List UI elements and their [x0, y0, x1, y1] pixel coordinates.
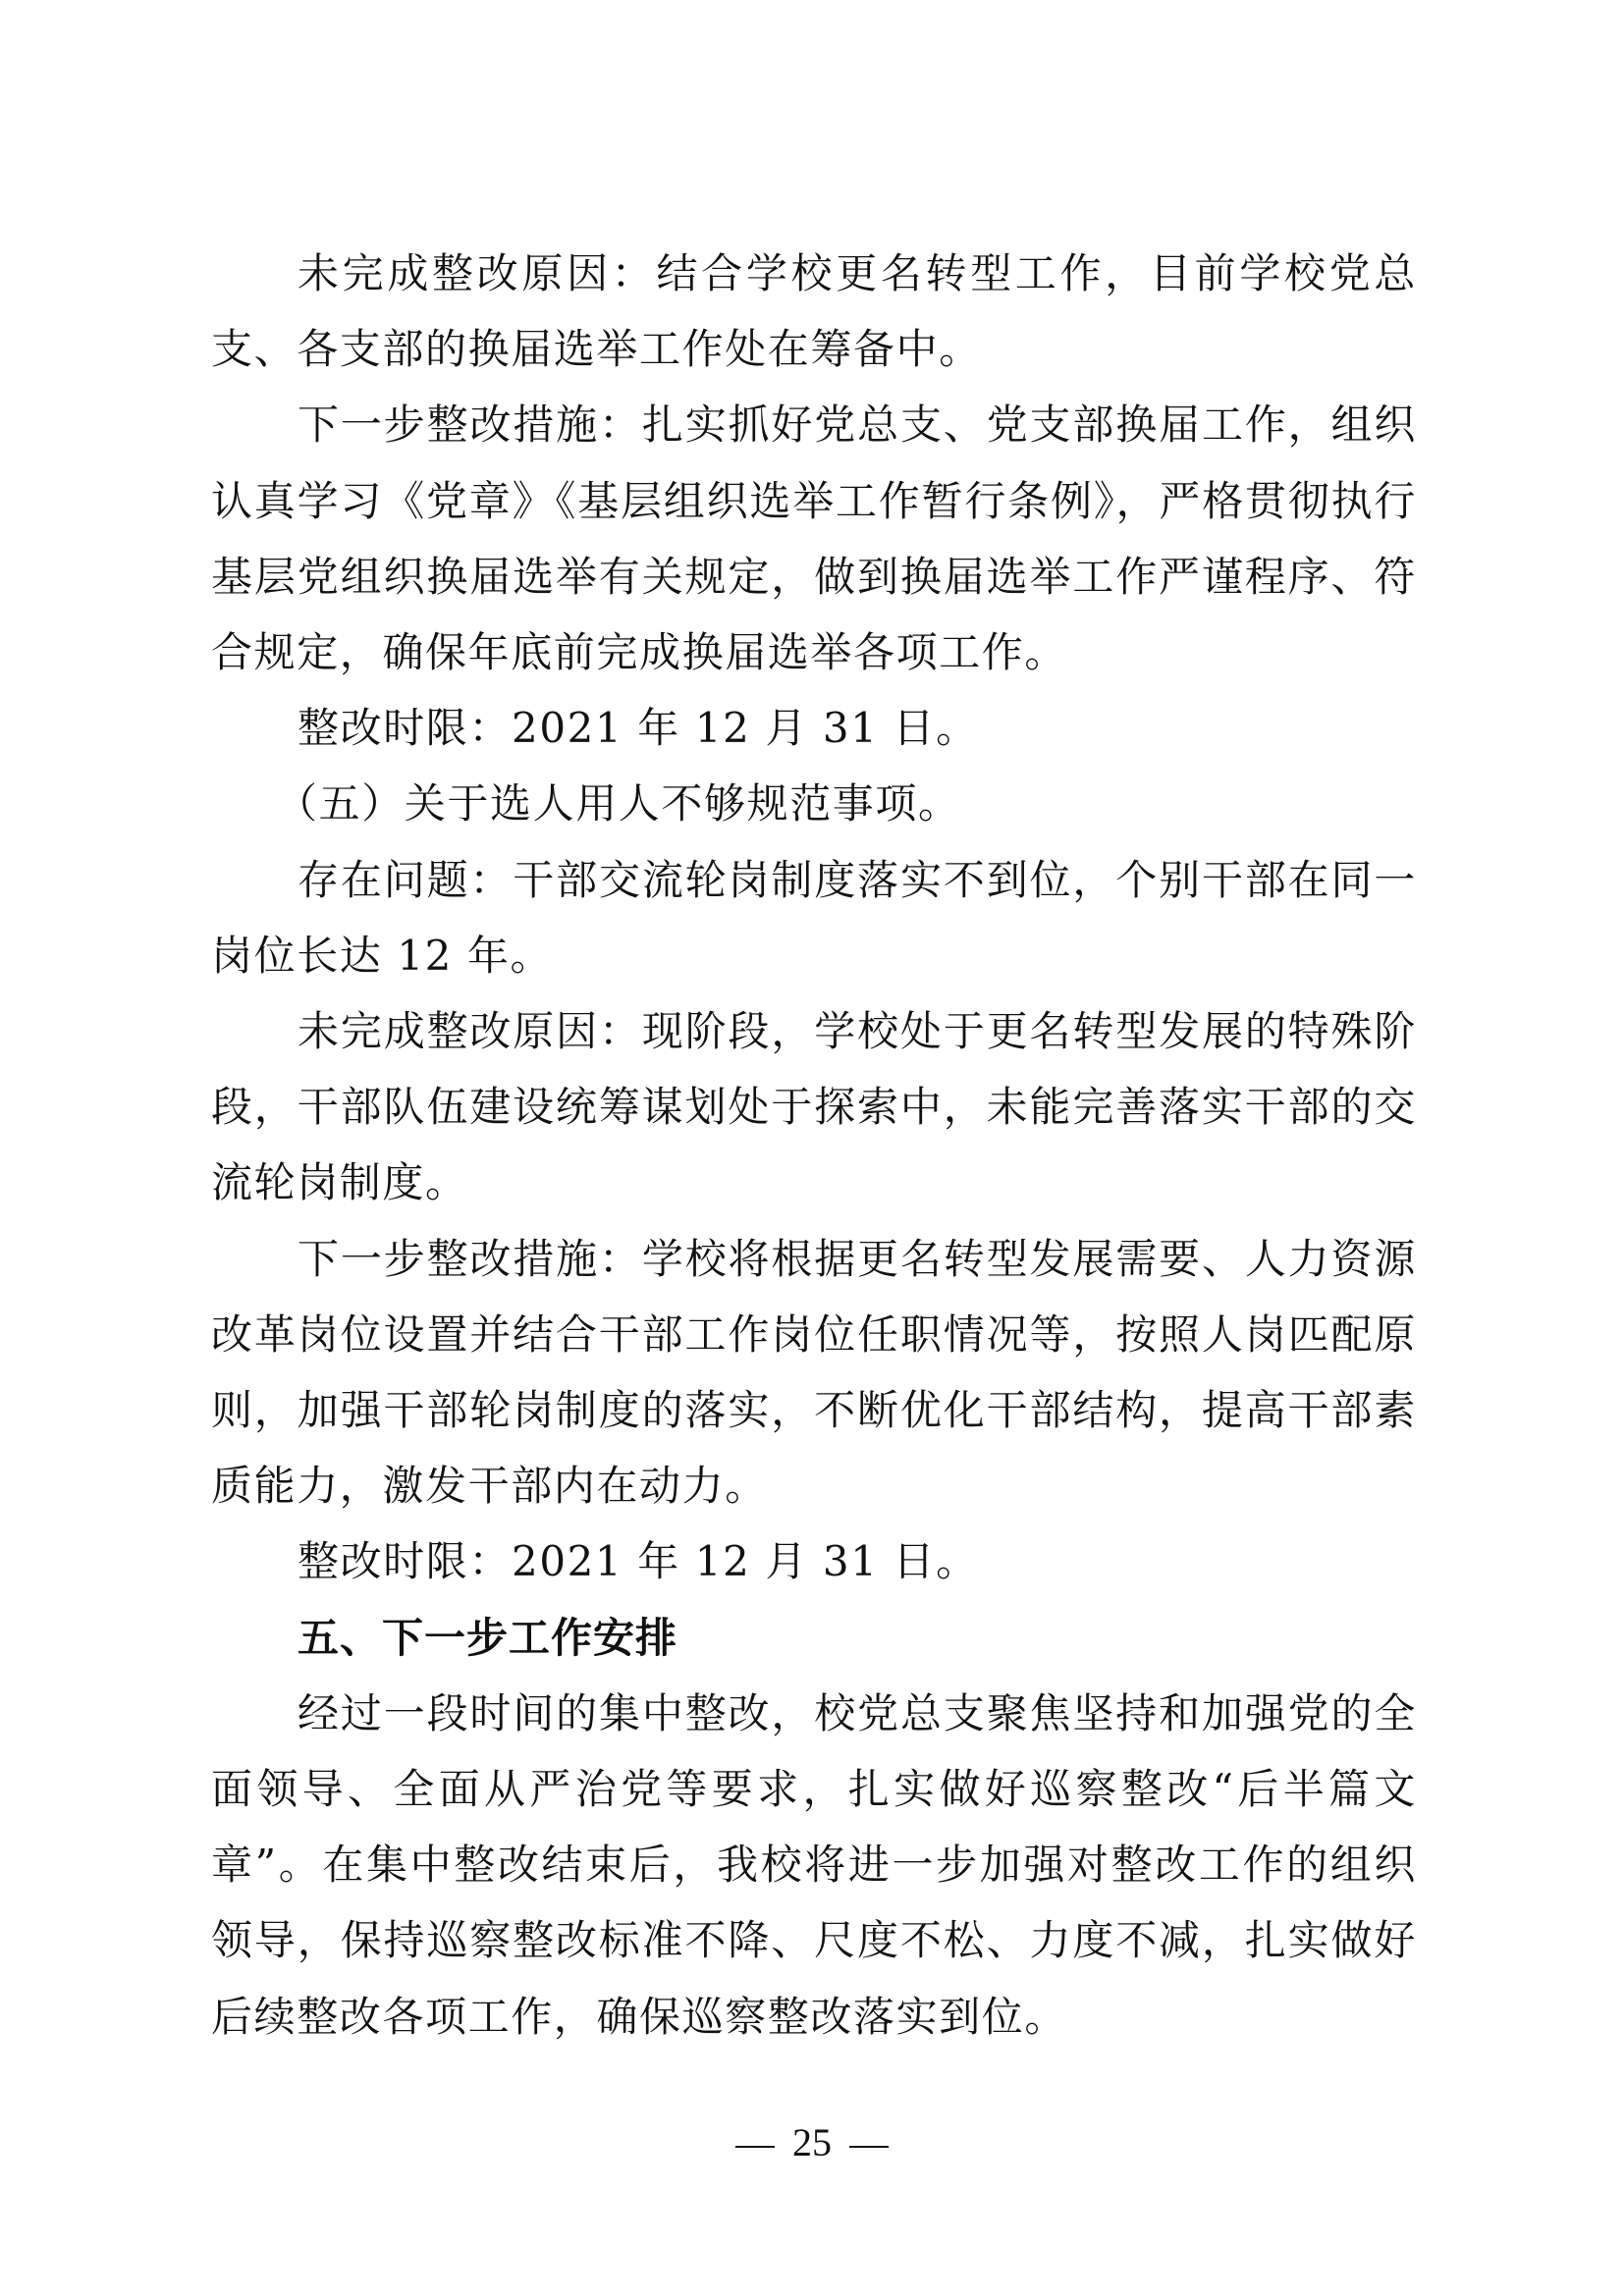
paragraph-next-steps-rotation: 下一步整改措施：学校将根据更名转型发展需要、人力资源改革岗位设置并结合干部工作岗… [211, 1221, 1417, 1524]
section-heading-next-work: 五、下一步工作安排 [211, 1600, 1417, 1676]
subheading-item-five: （五）关于选人用人不够规范事项。 [211, 766, 1417, 841]
paragraph-existing-problem: 存在问题：干部交流轮岗制度落实不到位，个别干部在同一岗位长达 12 年。 [211, 842, 1417, 993]
page-footer: 25 [0, 2118, 1624, 2167]
paragraph-deadline-2: 整改时限：2021 年 12 月 31 日。 [211, 1523, 1417, 1599]
document-page: 未完成整改原因：结合学校更名转型工作，目前学校党总支、各支部的换届选举工作处在筹… [211, 236, 1417, 2055]
paragraph-next-work-arrangement: 经过一段时间的集中整改，校党总支聚焦坚持和加强党的全面领导、全面从严治党等要求，… [211, 1676, 1417, 2055]
page-number: 25 [792, 2120, 832, 2164]
paragraph-deadline-1: 整改时限：2021 年 12 月 31 日。 [211, 690, 1417, 766]
dash-left [735, 2146, 775, 2148]
dash-right [849, 2146, 889, 2148]
paragraph-incomplete-reason-rotation: 未完成整改原因：现阶段，学校处于更名转型发展的特殊阶段，干部队伍建设统筹谋划处于… [211, 993, 1417, 1221]
paragraph-next-steps-elections: 下一步整改措施：扎实抓好党总支、党支部换届工作，组织认真学习《党章》《基层组织选… [211, 387, 1417, 690]
paragraph-incomplete-reason-elections: 未完成整改原因：结合学校更名转型工作，目前学校党总支、各支部的换届选举工作处在筹… [211, 236, 1417, 387]
